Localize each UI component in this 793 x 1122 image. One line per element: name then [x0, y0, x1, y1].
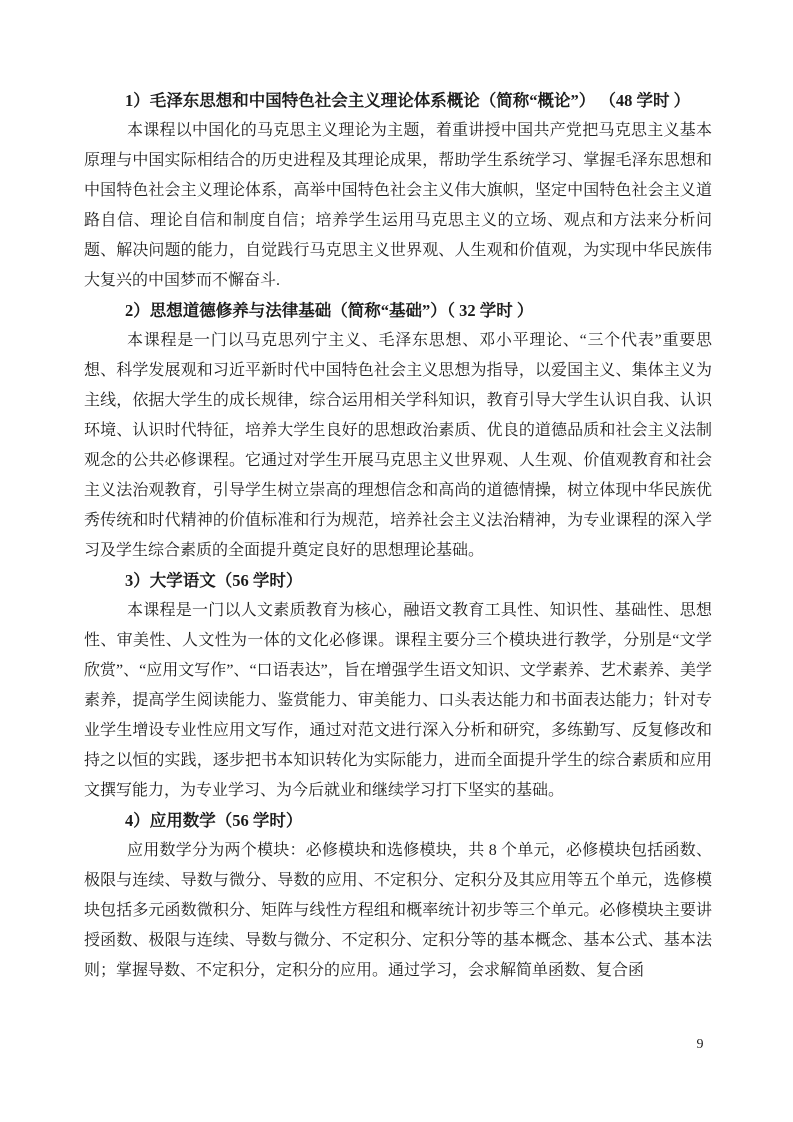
section-body-yingyongshuxue: 应用数学分为两个模块：必修模块和选修模块，共 8 个单元，必修模块包括函数、极限… — [84, 836, 712, 986]
page-content: 1）毛泽东思想和中国特色社会主义理论体系概论（简称“概论”） （48 学时 ） … — [84, 86, 712, 986]
section-heading-sixiangdaode: 2）思想道德修养与法律基础（简称“基础”）（ 32 学时 ） — [84, 296, 712, 326]
document-page: 1）毛泽东思想和中国特色社会主义理论体系概论（简称“概论”） （48 学时 ） … — [0, 0, 793, 1122]
section-heading-maogai: 1）毛泽东思想和中国特色社会主义理论体系概论（简称“概论”） （48 学时 ） — [84, 86, 712, 116]
section-heading-daxueyuwen: 3）大学语文（56 学时） — [84, 566, 712, 596]
page-number: 9 — [688, 1035, 712, 1055]
section-body-daxueyuwen: 本课程是一门以人文素质教育为核心，融语文教育工具性、知识性、基础性、思想性、审美… — [84, 596, 712, 806]
section-heading-yingyongshuxue: 4）应用数学（56 学时） — [84, 806, 712, 836]
section-body-sixiangdaode: 本课程是一门以马克思列宁主义、毛泽东思想、邓小平理论、“三个代表”重要思想、科学… — [84, 326, 712, 566]
section-body-maogai: 本课程以中国化的马克思主义理论为主题，着重讲授中国共产党把马克思主义基本原理与中… — [84, 116, 712, 296]
